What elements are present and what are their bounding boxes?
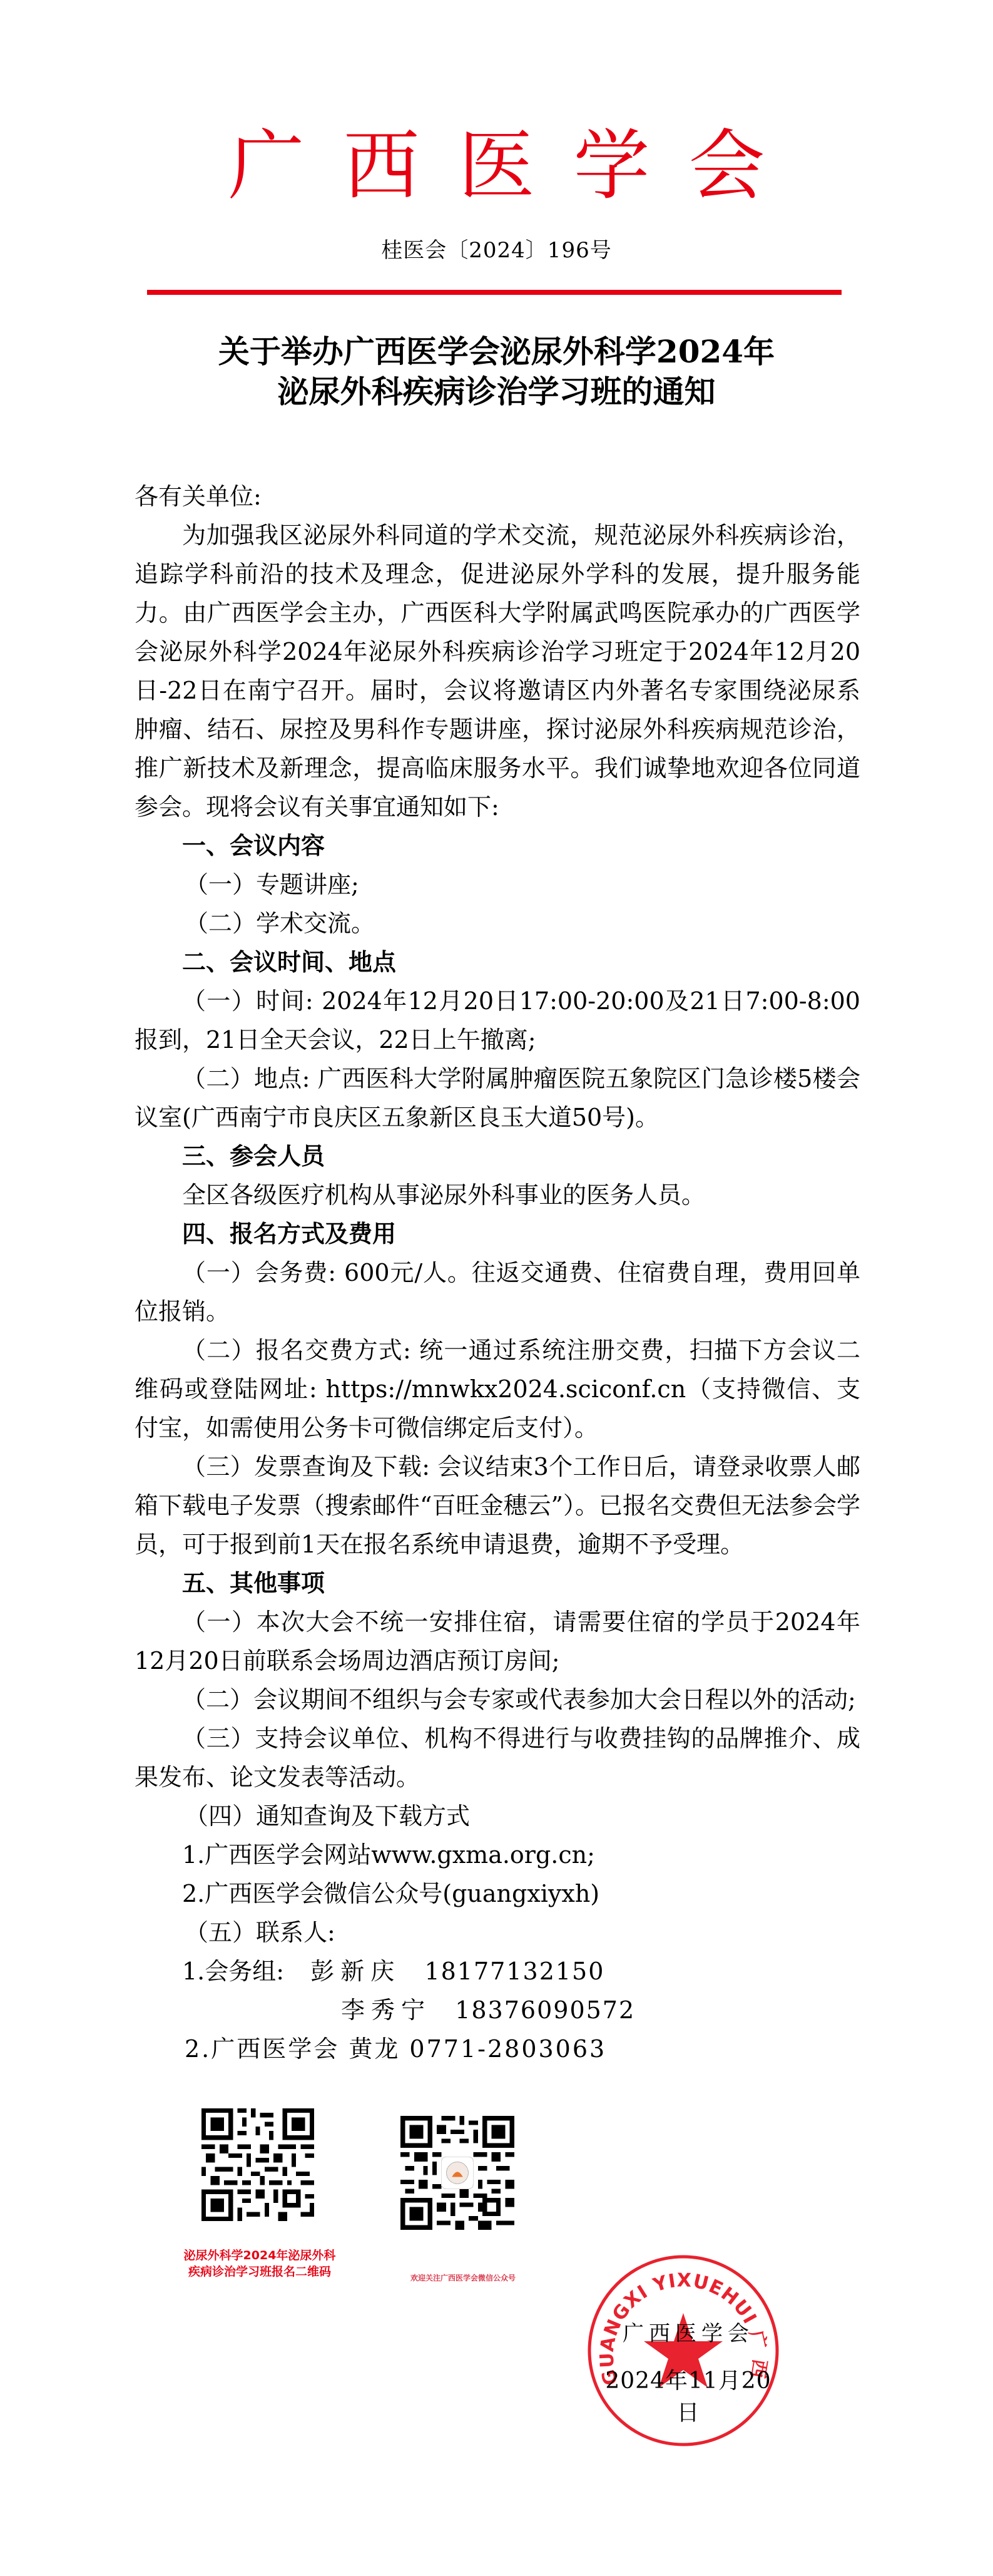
org-masthead: 广西医学会 (0, 119, 993, 213)
section-2-item-2: （二）地点: 广西医科大学附属肿瘤医院五象院区门急诊楼5楼会议室(广西南宁市良庆… (135, 1059, 860, 1137)
contact-name-2: 李秀宁 (341, 1996, 431, 2024)
signature-date: 2024年11月20日 (598, 2363, 779, 2427)
salutation: 各有关单位: (135, 477, 860, 516)
signature-org: 广西医学会 (619, 2316, 757, 2347)
red-divider-line (147, 290, 842, 295)
section-4-item-1: （一）会务费: 600元/人。往返交通费、住宿费自理，费用回单位报销。 (135, 1253, 860, 1331)
intro-paragraph: 为加强我区泌尿外科同道的学术交流，规范泌尿外科疾病诊治，追踪学科前沿的技术及理念… (135, 516, 860, 826)
wechat-qr-caption: 欢迎关注广西医学会微信公众号 (388, 2272, 538, 2284)
registration-qr-caption-line-2: 疾病诊治学习班报名二维码 (178, 2264, 341, 2280)
contact-row-2: 李秀宁 18376090572 (135, 1991, 860, 2029)
contact-office-line: 2.广西医学会 黄龙 0771-2803063 (135, 2029, 860, 2068)
section-4-item-3: （三）发票查询及下载: 会议结束3个工作日后，请登录收票人邮箱下载电子发票（搜索… (135, 1447, 860, 1564)
query-method-wechat: 2.广西医学会微信公众号(guangxiyxh) (135, 1874, 860, 1913)
section-heading-2: 二、会议时间、地点 (135, 943, 860, 982)
contact-name-1: 彭新庆 (310, 1958, 400, 1985)
section-heading-5: 五、其他事项 (135, 1564, 860, 1603)
section-1-item-1: （一）专题讲座; (135, 865, 860, 904)
section-5-item-4: （四）通知查询及下载方式 (135, 1797, 860, 1835)
section-heading-1: 一、会议内容 (135, 826, 860, 865)
section-2-item-1: （一）时间: 2024年12月20日17:00-20:00及21日7:00-8:… (135, 982, 860, 1059)
contacts-heading: （五）联系人: (135, 1913, 860, 1952)
section-4-item-2[interactable]: （二）报名交费方式: 统一通过系统注册交费，扫描下方会议二维码或登陆网址: ht… (135, 1331, 860, 1447)
section-heading-3: 三、参会人员 (135, 1137, 860, 1176)
title-line-1: 关于举办广西医学会泌尿外科学2024年 (0, 332, 993, 372)
contact-group-label: 1.会务组: (182, 1958, 284, 1985)
section-5-item-3: （三）支持会议单位、机构不得进行与收费挂钩的品牌推介、成果发布、论文发表等活动。 (135, 1719, 860, 1797)
registration-qr-code-icon[interactable] (201, 2108, 314, 2221)
section-3-item-1: 全区各级医疗机构从事泌尿外科事业的医务人员。 (135, 1176, 860, 1214)
section-5-item-1: （一）本次大会不统一安排住宿，请需要住宿的学员于2024年12月20日前联系会场… (135, 1603, 860, 1680)
contact-phone-1: 18177132150 (424, 1958, 604, 1985)
registration-qr-caption: 泌尿外科学2024年泌尿外科 疾病诊治学习班报名二维码 (178, 2247, 341, 2280)
registration-qr-caption-line-1: 泌尿外科学2024年泌尿外科 (178, 2247, 341, 2264)
contact-phone-2: 18376090572 (455, 1996, 635, 2024)
notice-body: 各有关单位: 为加强我区泌尿外科同道的学术交流，规范泌尿外科疾病诊治，追踪学科前… (135, 477, 860, 2068)
wechat-official-account-qr-code-icon[interactable] (400, 2116, 514, 2230)
title-line-2: 泌尿外科疾病诊治学习班的通知 (0, 372, 993, 412)
section-1-item-2: （二）学术交流。 (135, 904, 860, 943)
document-number: 桂医会〔2024〕196号 (0, 235, 993, 266)
notice-title: 关于举办广西医学会泌尿外科学2024年 泌尿外科疾病诊治学习班的通知 (0, 332, 993, 412)
contact-row-1: 1.会务组: 彭新庆 18177132150 (135, 1952, 860, 1991)
section-heading-4: 四、报名方式及费用 (135, 1214, 860, 1253)
query-method-website[interactable]: 1.广西医学会网站www.gxma.org.cn; (135, 1835, 860, 1874)
section-5-item-2: （二）会议期间不组织与会专家或代表参加大会日程以外的活动; (135, 1680, 860, 1719)
